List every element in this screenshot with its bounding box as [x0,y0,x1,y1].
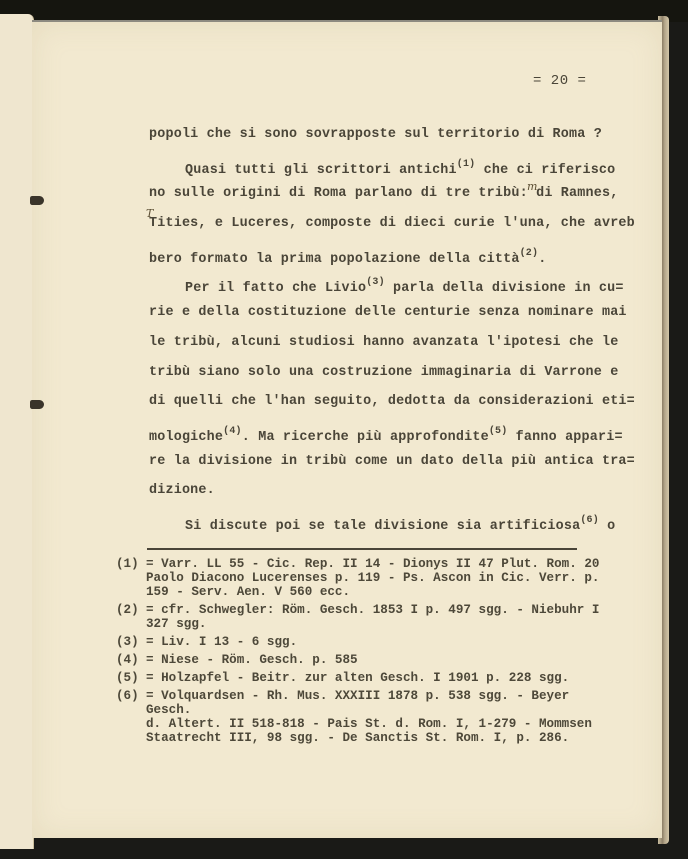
body-text: popoli che si sono sovrapposte sul terri… [149,120,589,536]
handwritten-correction: m [527,180,537,193]
footnote: (2)= cfr. Schwegler: Röm. Gesch. 1853 I … [116,603,616,631]
footnote-text: = cfr. Schwegler: Röm. Gesch. 1853 I p. … [146,603,599,631]
footnote: (1)= Varr. LL 55 - Cic. Rep. II 14 - Dio… [116,557,616,599]
footnote-mark: (2) [116,603,146,631]
footnote-text: = Varr. LL 55 - Cic. Rep. II 14 - Dionys… [146,557,599,599]
binding-hole [30,400,44,409]
handwritten-correction: T [146,207,153,220]
footnote-mark: (6) [116,689,146,745]
footnote-reference: (3) [366,277,385,288]
footnote-reference: (4) [223,426,242,437]
footnote: (3)= Liv. I 13 - 6 sgg. [116,635,616,649]
text-line: dizione. [149,476,589,506]
footnote-reference: (2) [520,248,539,259]
footnote-reference: (5) [489,426,508,437]
page-number: = 20 = [533,73,586,89]
text-line: Per il fatto che Livio(3) parla della di… [149,268,589,298]
text-line: tribù siano solo una costruzione immagin… [149,358,589,388]
facing-page-edge [0,14,34,849]
footnote-text: = Holzapfel - Beitr. zur alten Gesch. I … [146,671,569,685]
text-line: rie e della costituzione delle centurie … [149,298,589,328]
scanner-background [0,0,688,22]
text-line: re la divisione in tribù come un dato de… [149,447,589,477]
footnote-text: = Liv. I 13 - 6 sgg. [146,635,297,649]
text-line: le tribù, alcuni studiosi hanno avanzata… [149,328,589,358]
text-line: Quasi tutti gli scrittori antichi(1) che… [149,150,589,180]
footnotes: (1)= Varr. LL 55 - Cic. Rep. II 14 - Dio… [116,557,616,749]
text-line: mologiche(4). Ma ricerche più approfondi… [149,417,589,447]
footnote: (6)= Volquardsen - Rh. Mus. XXXIII 1878 … [116,689,616,745]
footnote-separator [147,548,577,550]
text-line: di quelli che l'han seguito, dedotta da … [149,387,589,417]
text-line: Tities, e Luceres, composte di dieci cur… [149,209,589,239]
footnote-mark: (4) [116,653,146,667]
footnote-text: = Volquardsen - Rh. Mus. XXXIII 1878 p. … [146,689,616,745]
text-line: no sulle origini di Roma parlano di tre … [149,179,589,209]
footnote: (4)= Niese - Röm. Gesch. p. 585 [116,653,616,667]
footnote-text: = Niese - Röm. Gesch. p. 585 [146,653,358,667]
text-line: Si discute poi se tale divisione sia art… [149,506,589,536]
footnote-reference: (6) [580,515,599,526]
footnote-mark: (1) [116,557,146,599]
footnote-mark: (5) [116,671,146,685]
footnote-mark: (3) [116,635,146,649]
text-line: bero formato la prima popolazione della … [149,239,589,269]
footnote: (5)= Holzapfel - Beitr. zur alten Gesch.… [116,671,616,685]
binding-hole [30,196,44,205]
text-line: popoli che si sono sovrapposte sul terri… [149,120,589,150]
footnote-reference: (1) [457,159,476,170]
